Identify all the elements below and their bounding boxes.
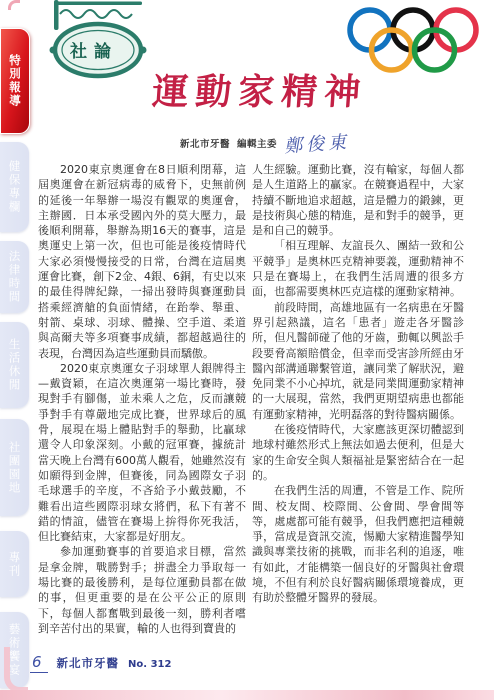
paragraph: 2020東京奧運會在8日順利閉幕，這屆奧運會在新冠病毒的威脅下，史無前例的延後一… (38, 162, 246, 361)
article-column-1: 2020東京奧運會在8日順利閉幕，這屆奧運會在新冠病毒的威脅下，史無前例的延後一… (38, 162, 246, 636)
paragraph: 2020東京奧運女子羽球單人銀牌得主—戴資穎，在這次奧運第一場比賽時，發現對手有… (38, 361, 246, 545)
page-footer: 6 新北市牙醫 No. 312 (30, 653, 171, 673)
paragraph: 「相互理解、友誼長久、團結一致和公平競爭」是奧林匹克精神要義，運動精神不只是在賽… (252, 238, 464, 299)
article-title: 運動家精神 (136, 64, 384, 115)
pink-bottom-strip (0, 690, 494, 700)
hanging-sign-icon: 社論 (44, 0, 148, 80)
sidebar-tab-6[interactable]: 專刊 (0, 531, 29, 597)
article-column-2: 人生經驗。運動比賽，沒有輸家，每個人都是人生道路上的贏家。在競賽過程中，大家持續… (252, 162, 464, 606)
paragraph: 參加運動賽事的首要追求目標，當然是拿金牌，戰勝對手；拼盡全力爭取每一場比賽的最後… (38, 544, 246, 636)
paragraph: 前段時間，高雄地區有一名病患在牙醫界引起熱議，這名「患者」遊走各牙醫診所，但凡醫… (252, 300, 464, 422)
sidebar-tab-3[interactable]: 法律時間 (0, 241, 29, 313)
pink-corner-trim-bottom (4, 647, 28, 693)
sidebar-tab-5[interactable]: 社團園地 (0, 419, 29, 516)
section-badge-label: 社論 (69, 41, 118, 62)
sidebar-tab-4[interactable]: 生活休閒 (0, 322, 29, 408)
byline: 新北市牙醫 編輯主委 鄭俊東 (140, 130, 390, 156)
footer-magazine-name: 新北市牙醫 (57, 655, 120, 671)
sidebar-tab-1[interactable]: 特別報導 (0, 28, 30, 134)
sidebar-tab-2[interactable]: 健保專欄 (0, 142, 29, 232)
page-number: 6 (30, 653, 48, 673)
footer-issue-number: No. 312 (128, 659, 171, 670)
paragraph: 人生經驗。運動比賽，沒有輸家，每個人都是人生道路上的贏家。在競賽過程中，大家持續… (252, 162, 464, 238)
paragraph: 在我們生活的周遭，不管是工作、院所間、校友間、校際間、公會間、學會間等等，處處都… (252, 483, 464, 605)
byline-role: 編輯主委 (237, 136, 277, 150)
paragraph: 在後疫情時代，大家應該更深切體認到地球村雖然形式上無法如過去便利，但是大家的生命… (252, 422, 464, 483)
magazine-page: 特別報導健保專欄法律時間生活休閒社團園地專刊藝術饗宴 社論 運動家精神 新北市牙… (0, 0, 494, 700)
pink-corner-trim-top (8, 0, 20, 10)
author-signature: 鄭俊東 (283, 128, 351, 159)
byline-organization: 新北市牙醫 (180, 136, 230, 150)
